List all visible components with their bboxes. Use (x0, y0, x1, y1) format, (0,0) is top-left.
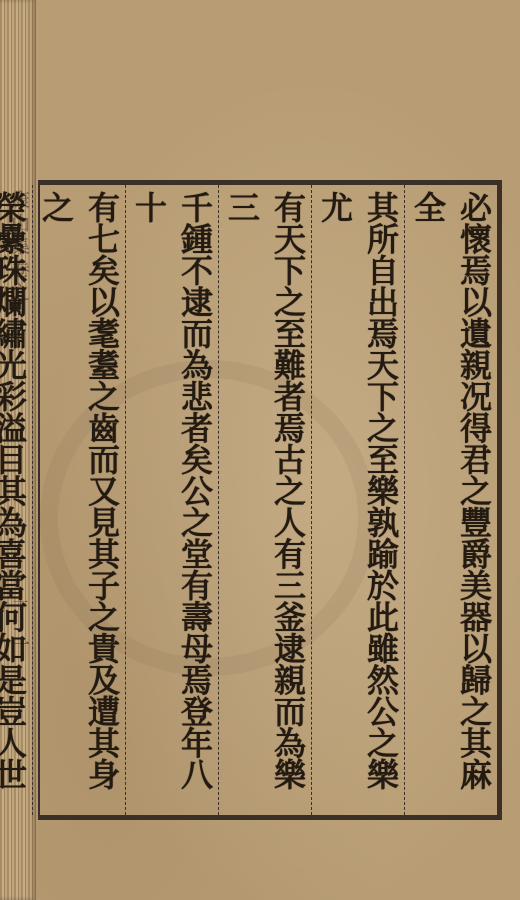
text-column-2: 其所自出焉天下之至樂孰踰於此雖然公之樂尤 (311, 185, 404, 815)
column-text: 有天下之至難者焉古之人有三釜逮親而為樂三 (219, 185, 311, 815)
column-text: 千鍾不逮而為悲者矣公之堂有壽母焉登年八十 (126, 185, 218, 815)
text-column-3: 有天下之至難者焉古之人有三釜逮親而為樂三 (218, 185, 311, 815)
column-text: 其所自出焉天下之至樂孰踰於此雖然公之樂尤 (312, 185, 404, 815)
text-column-6: 榮纍珠爛繡光彩溢目其為喜當何如是豈人世之 (0, 185, 32, 815)
column-text: 必懷焉以遺親况得君之豐爵美器以歸之其麻全 (405, 185, 497, 815)
text-column-1: 必懷焉以遺親况得君之豐爵美器以歸之其麻全 (404, 185, 497, 815)
text-column-5: 有七矣以耄耋之齒而又見其子之貴及遭其身之 (32, 185, 125, 815)
printed-frame: 必懷焉以遺親况得君之豐爵美器以歸之其麻全 其所自出焉天下之至樂孰踰於此雖然公之樂… (38, 180, 502, 820)
column-text: 榮纍珠爛繡光彩溢目其為喜當何如是豈人世之 (0, 185, 32, 815)
text-column-4: 千鍾不逮而為悲者矣公之堂有壽母焉登年八十 (125, 185, 218, 815)
text-columns: 必懷焉以遺親况得君之豐爵美器以歸之其麻全 其所自出焉天下之至樂孰踰於此雖然公之樂… (40, 185, 497, 815)
column-text: 有七矣以耄耋之齒而又見其子之貴及遭其身之 (33, 185, 125, 815)
